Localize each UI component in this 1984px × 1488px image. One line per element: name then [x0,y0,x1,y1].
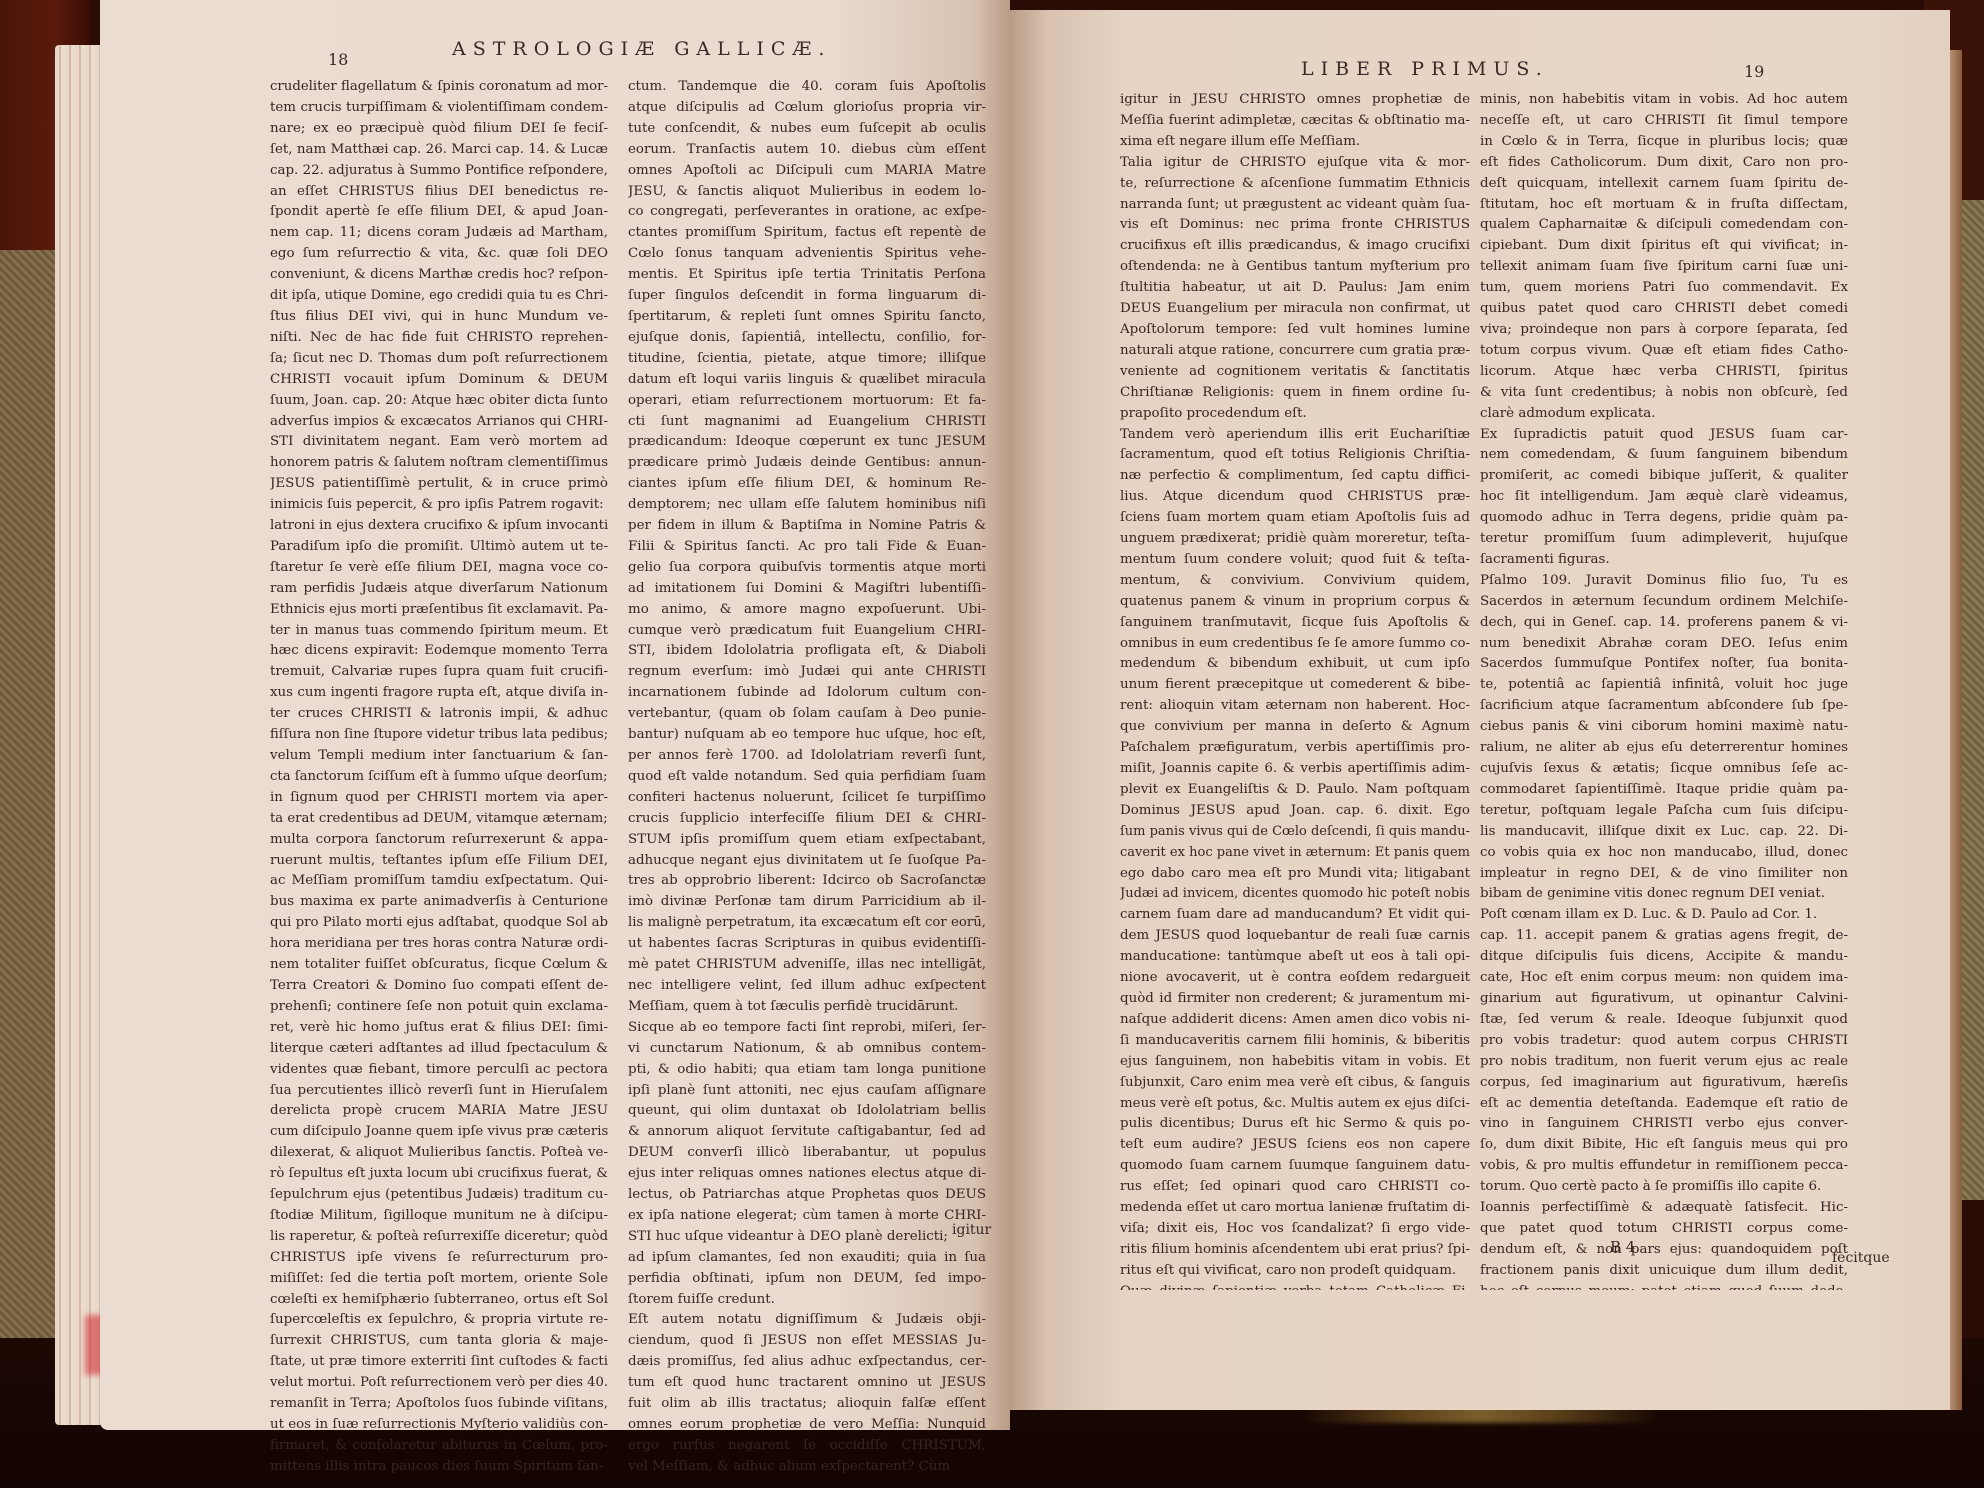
text-line: co vobis quia ex hoc non manducabo, illu… [1480,843,1848,864]
text-line: lis malignè perpetratum, ita excæcatum e… [628,913,986,934]
text-line: licorum. Atque hæc verba CHRISTI, ſpirit… [1480,362,1848,383]
text-line: pro vobis tradetur: quod autem corpus CH… [1480,1031,1848,1052]
text-line: tute conſcendit, & nubes eum ſuſcepit ab… [628,119,986,140]
text-line: Apoſtolorum tempore: ſed vult homines lu… [1120,320,1470,341]
text-line: dem JESUS quod loquebantur de reali ſuæ … [1120,926,1470,947]
text-line: cap. 11. accepit panem & gratias agens f… [1480,926,1848,947]
background-cloth-left [0,250,60,1488]
text-line: dilexerat, & aliquot Mulieribus ſanctis.… [270,1143,608,1164]
text-line: imò divinæ Perſonæ tam dirum Parricidium… [628,892,986,913]
text-line: incarnationem ſubinde ad Idolorum cultum… [628,683,986,704]
text-line: dendum eſt, & non pars ejus: quandoquide… [1480,1240,1848,1261]
text-line: cate, Hoc eſt enim corpus meum: non quid… [1480,968,1848,989]
text-line: nione avocaverit, ut è contra eoſdem red… [1120,968,1470,989]
text-line: JESU, & ſanctis aliquot Mulieribus in eo… [628,182,986,203]
text-line: Meſſiam, quem à tot ſæculis perfidè truc… [628,997,986,1018]
text-line: honorem patris & ſalutem noſtram clement… [270,453,608,474]
text-line: inimicis ſuis pepercit, & pro ipſis Patr… [270,495,608,516]
text-line: ſet, nam Matthæi cap. 26. Marci cap. 14.… [270,140,608,161]
left-page: 18 ASTROLOGIÆ GALLICÆ. crudeliter flagel… [100,0,1010,1430]
text-line: ſacramenti figuras. [1480,550,1848,571]
text-line: ut habentes ſacras Scripturas in quibus … [628,934,986,955]
text-line: hoc ſit intelligendum. Jam æquè clarè vi… [1480,487,1848,508]
text-line: ad ipſum clamantes, ſed non exauditi; qu… [628,1248,986,1269]
text-line: dech, qui in Geneſ. cap. 14. proferens p… [1480,613,1848,634]
text-line: teretur, poſtquam legale Paſcha cum ſuis… [1480,801,1848,822]
text-line: teſt eum audire? JESUS ſciens eos non ca… [1120,1135,1470,1156]
text-line: ex ipſa natione elegerat; cùm tamen à mo… [628,1206,986,1227]
text-line: ac Meſſiam promiſſum tamdiu exſpectatum.… [270,871,608,892]
text-line: ruerunt multis, teſtantes ipſum eſſe Fil… [270,851,608,872]
text-column-1: igitur in JESU CHRISTO omnes prophetiæ d… [1120,90,1470,1290]
text-line: titudine, ſcientia, pietate, atque timor… [628,349,986,370]
text-line: ciebus panis & vini ciborum homini maxim… [1480,717,1848,738]
text-line: pti, & odio habiti; qua etiam tam longa … [628,1060,986,1081]
text-line: ſuper ſingulos deſcendit in forma lingua… [628,286,986,307]
text-line: ritis filium hominis aſcendentem ubi era… [1120,1240,1470,1261]
text-line: impleatur in regno DEI, & de vino ſimili… [1480,864,1848,885]
text-line: Terra Creatori & Domino ſuo compati eſſe… [270,976,608,997]
text-line: miſit, Joannis capite 6. & verbis aperti… [1120,759,1470,780]
text-line: clarè admodum explicata. [1480,404,1848,425]
text-line: que patet quod totum CHRISTI corpus come… [1480,1219,1848,1240]
text-line: te, potentiâ ac ſapientiâ infinitâ, volu… [1480,675,1848,696]
text-line: quòd id firmiter non crederent; & jurame… [1120,989,1470,1010]
text-line: ctum. Tandemque die 40. coram ſuis Apoſt… [628,77,986,98]
text-line: ret, verè hic homo juſtus erat & filius … [270,1018,608,1039]
text-line: DEUS Euangelium per miracula non confirm… [1120,299,1470,320]
text-line: mittens illis intra paucos dies ſuum Spi… [270,1457,608,1478]
text-line: perfidia obſtinati, ipſum non DEUM, ſed … [628,1269,986,1290]
text-line: velut mortui. Poſt reſurrectionem verò p… [270,1373,608,1394]
text-line: cap. 22. adjuratus à Summo Pontifice reſ… [270,161,608,182]
text-line: unum fierent præcepitque ut comederent &… [1120,675,1470,696]
text-line: literque cæteri adſtantes ad illud ſpect… [270,1039,608,1060]
text-line: Paſchalem præfiguratum, verbis apertiſſi… [1120,738,1470,759]
text-line: & annorum aliquot ſervitute caſtigabantu… [628,1122,986,1143]
text-line: operari, etiam reſurrectionem mortuorum:… [628,391,986,412]
text-line: xima eſt negare illum eſſe Meſſiam. [1120,132,1470,153]
text-line: rò ſepultus eſt juxta locum ubi crucifix… [270,1164,608,1185]
text-line: & vita ſunt credentibus; à nobis non obſ… [1480,383,1848,404]
text-line: te, reſurrectione & aſcenſione ſummatim … [1120,174,1470,195]
text-line: latroni in ejus dextera crucifixo & ipſu… [270,516,608,537]
text-line: medendum & bibendum exhibuit, ut cum ipſ… [1120,654,1470,675]
text-line: igitur in JESU CHRISTO omnes prophetiæ d… [1120,90,1470,111]
text-line: ſi manducaveritis carnem filii hominis, … [1120,1031,1470,1052]
text-line: datum eſt loqui variis linguis & quælibe… [628,370,986,391]
text-line: tellexit animam ſuam ſive ſpiritum carni… [1480,257,1848,278]
text-line: commodaret ſapientiſſimè. Itaque pridie … [1480,780,1848,801]
text-line: que convivium per manna in deſerto & Agn… [1120,717,1470,738]
text-line: ter in manus tuas commendo ſpiritum meum… [270,621,608,642]
text-line: hoc eſt corpus meum: patet etiam quod ſu… [1480,1282,1848,1290]
text-line: Tandem verò aperiendum illis erit Euchar… [1120,425,1470,446]
text-line: Meſſia fuerint adimpletæ, cæcitas & obſt… [1120,111,1470,132]
text-line: deſt quicquam, intellexit carnem ſuam ſp… [1480,174,1848,195]
text-line: ego dabo caro mea eſt pro Mundi vita; li… [1120,864,1470,885]
text-line: Quæ divinæ ſapientiæ verba totam Catholi… [1120,1282,1470,1290]
text-line: queunt, qui olim duntaxat ob Idololatria… [628,1101,986,1122]
text-line: dit ipſa, utique Domine, ego credidi qui… [270,286,608,307]
text-line: cipiebant. Dum dixit ſpiritus eſt qui vi… [1480,236,1848,257]
text-line: regnum everſum: imò Judæi qui ante CHRIS… [628,662,986,683]
text-line: plevit ex Euangeliſtis & D. Paulo. Nam p… [1120,780,1470,801]
text-line: teretur promiſſum ſuum adimpleverit, huj… [1480,529,1848,550]
text-line: Eſt autem notatu digniſſimum & Judæis ob… [628,1310,986,1331]
text-line: cti ſunt magnanimi ad Euangelium CHRISTI [628,412,986,433]
text-line: prehenſi; continere ſeſe non potuit quin… [270,997,608,1018]
text-line: quatenus panem & vinum in proprium corpu… [1120,592,1470,613]
text-line: ſtitutam, hoc eſt mortuam & in fruſta di… [1480,195,1848,216]
text-line: Talia igitur de CHRISTO ejuſque vita & m… [1120,153,1470,174]
text-line: omnes eorum prophetiæ de vero Meſſia: Nu… [628,1415,986,1436]
text-line: ſtate, ut præ timore exterriti ſint cuſt… [270,1352,608,1373]
text-line: manducatione: tantùmque abeſt ut eos à t… [1120,947,1470,968]
text-line: crucis ſupplicio interfeciſſe filium DEI… [628,809,986,830]
text-line: omnibus in eum credentibus ſe ſe amore ſ… [1120,634,1470,655]
text-line: quomodo adhuc in Terra degens, pridie qu… [1480,508,1848,529]
page-number: 18 [328,50,348,69]
text-line: crudeliter flagellatum & ſpinis coronatu… [270,77,608,98]
text-line: Sicque ab eo tempore facti ſint reprobi,… [628,1018,986,1039]
text-line: an eſſet CHRISTUS filius DEI benedictus … [270,182,608,203]
text-line: vertebantur, (quam ob ſolam cauſam à Deo… [628,704,986,725]
text-line: minis, non habebitis vitam in vobis. Ad … [1480,90,1848,111]
text-column-1: crudeliter flagellatum & ſpinis coronatu… [270,77,608,1487]
running-head: LIBER PRIMUS. [1301,58,1549,80]
text-line: eſt fides Catholicorum. Dum dixit, Caro … [1480,153,1848,174]
text-line: videntes quæ fiebant, timore perculſi ac… [270,1060,608,1081]
text-line: velum Templi medium inter ſanctuarium & … [270,746,608,767]
text-line: ejuſque donis, ſapientiâ, intellectu, co… [628,328,986,349]
text-line: caverit ex hoc pane vivet in æternum: Et… [1120,843,1470,864]
text-line: Sacerdos in æternum ſecundum ordinem Mel… [1480,592,1848,613]
running-head: ASTROLOGIÆ GALLICÆ. [452,38,831,60]
text-line: in ſignum quod per CHRISTI mortem via ap… [270,788,608,809]
text-line: eſt ac dementia deteſtanda. Eademque eſt… [1480,1094,1848,1115]
text-line: ſuum, Joan. cap. 20: Atque hæc obiter di… [270,391,608,412]
text-line: tres ab opprobrio liberent: Idcirco ob S… [628,871,986,892]
text-line: vel Meſſiam, & adhuc alium exſpectarent?… [628,1457,986,1478]
text-line: ejus ſanguinem, non habebitis vitam in v… [1120,1052,1470,1073]
text-line: co congregati, perſeverantes in oratione… [628,202,986,223]
text-line: crucifixus eſt illis prædicandus, & imag… [1120,236,1470,257]
text-line: ejus inter reliquas omnes nationes elect… [628,1164,986,1185]
text-line: derelicta propè crucem MARIA Matre JESU [270,1101,608,1122]
text-line: niſti. Nec de hac fide fuit CHRISTO repr… [270,328,608,349]
text-line: Filii & Spiritus ſancti. Ac pro tali Fid… [628,537,986,558]
text-line: dæis promiſſus, ſed alius adhuc exſpecta… [628,1352,986,1373]
text-line: mentis. Et Spiritus ipſe tertia Trinitat… [628,265,986,286]
text-line: naſque addiderit dicens: Amen amen dico … [1120,1010,1470,1031]
text-line: multa corpora ſanctorum reſurrexerunt & … [270,830,608,851]
text-line: ter cruces CHRISTI & latronis impii, & a… [270,704,608,725]
text-line: quomodo ſuam carnem ſuumque ſanguinem da… [1120,1156,1470,1177]
text-line: fractionem panis dixit unicuique dum ill… [1480,1261,1848,1282]
text-line: hora meridiana per tres horas contra Nat… [270,934,608,955]
text-line: vi cunctarum Nationum, & ab omnibus cont… [628,1039,986,1060]
text-line: prapoſito procedendum eſt. [1120,404,1470,425]
text-line: unguem prædixerat; pridiè quàm moreretur… [1120,529,1470,550]
text-line: nem comedendam, & ſuum ſanguinem bibendu… [1480,445,1848,466]
text-line: CHRISTI vocauit ipſum Dominum & DEUM [270,370,608,391]
text-line: ralium, ne aliter ab ejus eſu deterreren… [1480,738,1848,759]
text-line: nem totaliter fuiſſet obſcuratus, ſicque… [270,955,608,976]
text-line: qualem Capharnaitæ & diſcipuli comedenda… [1480,215,1848,236]
text-line: Paradiſum ipſo die promiſit. Ultimò aute… [270,537,608,558]
text-line: ſanguinem tranſmutavit, ſicque ſuis Apoſ… [1120,613,1470,634]
text-line: remanſit in Terra; Apoſtolos ſuos ſubind… [270,1394,608,1415]
text-line: ſacrificium atque ſacramentum abſcondere… [1480,696,1848,717]
text-line: pulis dicentibus; Durus eſt hic Sermo & … [1120,1114,1470,1135]
text-line: STI, ibidem Idololatria profligata eſt, … [628,641,986,662]
text-column-2: ctum. Tandemque die 40. coram ſuis Apoſt… [628,77,986,1487]
text-line: ut eos in ſuæ reſurrectionis Myſterio va… [270,1415,608,1436]
text-line: ſciens ſuam mortem quam etiam Apoſtolis … [1120,508,1470,529]
text-line: fiſſura non ſine ſtupore videtur tribus … [270,725,608,746]
text-line: medenda eſſet ut caro mortua lanienæ fru… [1120,1198,1470,1219]
text-line: lius. Atque dicendum quod CHRISTUS præ- [1120,487,1470,508]
text-line: ginarium aut figurativum, ut opinantur C… [1480,989,1848,1010]
text-line: hæc dicens expiravit: Eodemque momento T… [270,641,608,662]
text-line: ſubjunxit, Caro enim mea verè eſt cibus,… [1120,1073,1470,1094]
text-line: ego ſum reſurrectio & vita, &c. quæ ſoli… [270,244,608,265]
text-line: in Cœlo & in Terra, ſicque in pluribus l… [1480,132,1848,153]
text-line: ergo rurſus negarent ſe occidiſſe CHRIST… [628,1436,986,1457]
text-line: cœleſti ex hemiſphærio ſubterraneo, ortu… [270,1290,608,1311]
text-line: rus eſſet; ſed opinari quod caro CHRISTI… [1120,1177,1470,1198]
page-number: 19 [1744,62,1764,81]
text-line: ſupercœleſtis ex ſepulchro, & propria vi… [270,1310,608,1331]
text-line: ſtaretur ſe verè eſſe filium DEI, magna … [270,558,608,579]
text-line: naturali atque ratione, concurrere cum g… [1120,341,1470,362]
text-line: firmaret, & conſolaretur abiturus in Cœl… [270,1436,608,1457]
right-page: LIBER PRIMUS. 19 igitur in JESU CHRISTO … [1010,10,1950,1410]
text-line: mè patet CHRISTUM adveniſſe, illas nec i… [628,955,986,976]
text-line: ſtodiæ Militum, ſigilloque munitum ne à … [270,1206,608,1227]
text-line: quod eſt valde notandum. Sed quia perfid… [628,767,986,788]
text-line: cta ſanctorum ſciſſum eſt à ſummo uſque … [270,767,608,788]
text-line: STI divinitatem negant. Eam verò mortem … [270,432,608,453]
text-line: nec intelligere velint, ſed illum adhuc … [628,976,986,997]
text-line: bibam de genimine vitis donec regnum DEI… [1480,884,1848,905]
text-line: totum corpus vivum. Quæ eſt etiam fides … [1480,341,1848,362]
text-line: gelio ſua corpora quibuſvis tormentis at… [628,558,986,579]
text-line: xus cum ingenti fragore rupta eſt, atque… [270,683,608,704]
text-line: ta erat credentibus ad DEUM, vitamque æt… [270,809,608,830]
text-line: prædicandum: Ideoque cœperunt ex tunc JE… [628,432,986,453]
text-line: ctantes promiſſum Spiritum, factus eſt r… [628,223,986,244]
text-line: tum eſt quod hunc tractarent omnino ut J… [628,1373,986,1394]
text-line: Sacerdos ſummuſque Pontifex noſter, ſua … [1480,654,1848,675]
text-line: ritus eſt qui vivificat, caro non prodeſ… [1120,1261,1470,1282]
text-line: vis eſt Dominus: nec prima fronte CHRIST… [1120,215,1470,236]
text-line: ad imitationem ſui Domini & Magiſtri lub… [628,579,986,600]
text-line: tum, quem moriens Patri ſuo commendavit.… [1480,278,1848,299]
text-line: quibus patet quod caro CHRISTI debet com… [1480,299,1848,320]
text-line: corpus, ſed imaginarium aut figurativum,… [1480,1073,1848,1094]
text-line: ſpertitarum, & repleti ſunt omnes Spirit… [628,307,986,328]
text-line: prædicare primò Judæis deinde Gentibus: … [628,453,986,474]
text-line: næ perfectio & complimentum, ſed captu d… [1120,466,1470,487]
text-line: atque diſcipulis ad Cœlum glorioſus prop… [628,98,986,119]
text-line: bus maxima ex parte animadverſis à Centu… [270,892,608,913]
text-line: pro nobis traditum, non fuerit verum eju… [1480,1052,1848,1073]
text-line: meus verè eſt potus, &c. Multis autem ex… [1120,1094,1470,1115]
text-line: Chriſtianæ Religionis: quem in finem ord… [1120,383,1470,404]
text-line: neceſſe eſt, ut caro CHRISTI ſit ſimul t… [1480,111,1848,132]
text-line: STUM ipſis promiſſum quem etiam exſpecta… [628,830,986,851]
text-line: cumque verò prædicatum fuit Euangelium C… [628,621,986,642]
text-line: ipſi planè ſunt attoniti, nec ejus cauſa… [628,1081,986,1102]
text-line: mo animo, & amore magno expoſuerunt. Ubi… [628,600,986,621]
text-line: omnes Apoſtoli ac Diſcipuli cum MARIA Ma… [628,161,986,182]
text-line: ciantes ipſum eſſe filium DEI, & hominum… [628,474,986,495]
text-line: ſtorem fuiſſe credunt. [628,1290,986,1311]
text-line: Ex ſupradictis patuit quod JESUS ſuam ca… [1480,425,1848,446]
text-line: CHRISTUS ipſe vivens ſe reſurrecturum pr… [270,1248,608,1269]
text-line: ſacramentum, quod eſt totius Religionis … [1120,445,1470,466]
text-line: veniente ad cognitionem veritatis & ſanc… [1120,362,1470,383]
text-line: ditque diſcipulis ſuis dicens, Accipite … [1480,947,1848,968]
text-line: oſtendenda: ne à Gentibus tantum myſteri… [1120,257,1470,278]
text-line: cum diſcipulo Joanne quem ipſe vivus præ… [270,1122,608,1143]
text-line: vino in ſanguinem CHRISTI verbo ejus con… [1480,1114,1848,1135]
text-line: JESUS patientiſſimè pertulit, & in cruce… [270,474,608,495]
text-line: Cœlo ſonus tanquam advenientis Spiritus … [628,244,986,265]
text-line: ciendum, quod ſi JESUS non eſſet MESSIAS… [628,1331,986,1352]
text-line: tem crucis turpiſſimam & violentiſſimam … [270,98,608,119]
text-line: DEUM converſi illicò liberabantur, ut po… [628,1143,986,1164]
catchword: igitur [952,1222,991,1238]
text-line: tremuit, Calvariæ rupes ſupra quam fuit … [270,662,608,683]
text-line: confiteri hactenus noluerunt, ſcilicet ſ… [628,788,986,809]
text-line: per annos ferè 1700. ad Idololatriam rev… [628,746,986,767]
text-line: nem cap. 11; dicens coram Judæis ad Mart… [270,223,608,244]
text-line: bantur) nuſquam ab eo tempore huc uſque,… [628,725,986,746]
text-line: carnem ſuam dare ad manducandum? Et vidi… [1120,905,1470,926]
text-line: ſum panis vivus qui de Cœlo deſcendi, ſi… [1120,822,1470,843]
text-line: demptorem; nec ullam eſſe ſalutem homini… [628,495,986,516]
text-column-2: minis, non habebitis vitam in vobis. Ad … [1480,90,1848,1290]
text-line: per fidem in illum & Baptiſma in Nomine … [628,516,986,537]
text-line: ſurrexit CHRISTUS, cum tanta gloria & ma… [270,1331,608,1352]
text-line: ſa; ſicut nec D. Thomas dum poſt reſurre… [270,349,608,370]
text-line: ſepulchrum ejus (petentibus Judæis) trad… [270,1185,608,1206]
text-line: ſtus filius DEI vivi, qui in hunc Mundum… [270,307,608,328]
text-line: STI huc uſque videantur à DEO planè dere… [628,1227,986,1248]
text-line: Ioannis perfectiſſimè & adæquatè ſatisfe… [1480,1198,1848,1219]
text-line: promiſerit, ac comedi bibique juſſerit, … [1480,466,1848,487]
text-line: lis raperetur, & poſteà reſurrexiſſe dic… [270,1227,608,1248]
text-line: adhucque negant ejus divinitatem ut ſe ſ… [628,851,986,872]
text-line: lectus, ob Patriarchas atque Prophetas q… [628,1185,986,1206]
text-line: num benedixit Abrahæ coram DEO. Ieſus en… [1480,634,1848,655]
text-line: narranda ſunt; ut prægustent ac videant … [1120,195,1470,216]
text-line: fuit olim ab illis tractatus; alioquin f… [628,1394,986,1415]
signature-mark: B 4 [1610,1238,1635,1256]
text-line: ram perfidis Judæis atque diverſarum Nat… [270,579,608,600]
text-line: adverſus impios & excæcatos Arrianos qui… [270,412,608,433]
text-line: ſtæ, ſed verum & reale. Ideoque ſubjunxi… [1480,1010,1848,1031]
text-line: viva; proindeque non pars à corpore ſepa… [1480,320,1848,341]
text-line: Poſt cœnam illam ex D. Luc. & D. Paulo a… [1480,905,1848,926]
text-line: mentum ſuum condere voluit; quod fuit & … [1120,550,1470,571]
text-line: qui pro Pilato morti ejus adſtabat, quod… [270,913,608,934]
text-line: eorum. Tranſactis autem 10. diebus cùm e… [628,140,986,161]
text-line: Pſalmo 109. Juravit Dominus filio ſuo, T… [1480,571,1848,592]
text-line: nare; ex eo præcipuè quòd filium DEI ſe … [270,119,608,140]
text-line: conveniunt, & dicens Marthæ credis hoc? … [270,265,608,286]
text-line: ſo, dum dixit Bibite, Hic eſt ſanguis me… [1480,1135,1848,1156]
text-line: cujuſvis ſexus & ætatis; ſicque omnibus … [1480,759,1848,780]
text-line: torum. Quo certè pacto à ſe promiſſis il… [1480,1177,1848,1198]
text-line: ſtultitia habeatur, ut ait D. Paulus: Ja… [1120,278,1470,299]
catchword: fecitque [1832,1250,1890,1266]
text-line: vobis, & pro multis effundetur in remiſſ… [1480,1156,1848,1177]
text-line: lis manducavit, illiſque dixit ex Luc. c… [1480,822,1848,843]
text-line: rent: alioquin vitam æternam non haberen… [1120,696,1470,717]
text-line: mentum, & convivium. Convivium quidem, [1120,571,1470,592]
text-line: Dominus JESUS apud Joan. cap. 6. dixit. … [1120,801,1470,822]
text-line: ſpondit apertè ſe eſſe filium DEI, & apu… [270,202,608,223]
text-line: ſua percutientes illicò reverſi ſunt in … [270,1081,608,1102]
text-line: Judæi ad invicem, dicentes quomodo hic p… [1120,884,1470,905]
text-line: miſiſſet: ſed die tertia poſt mortem, or… [270,1269,608,1290]
text-line: Ethnicis ejus morti præſentibus ſit excl… [270,600,608,621]
text-line: viſa; dixit eis, Hoc vos ſcandalizat? ſi… [1120,1219,1470,1240]
